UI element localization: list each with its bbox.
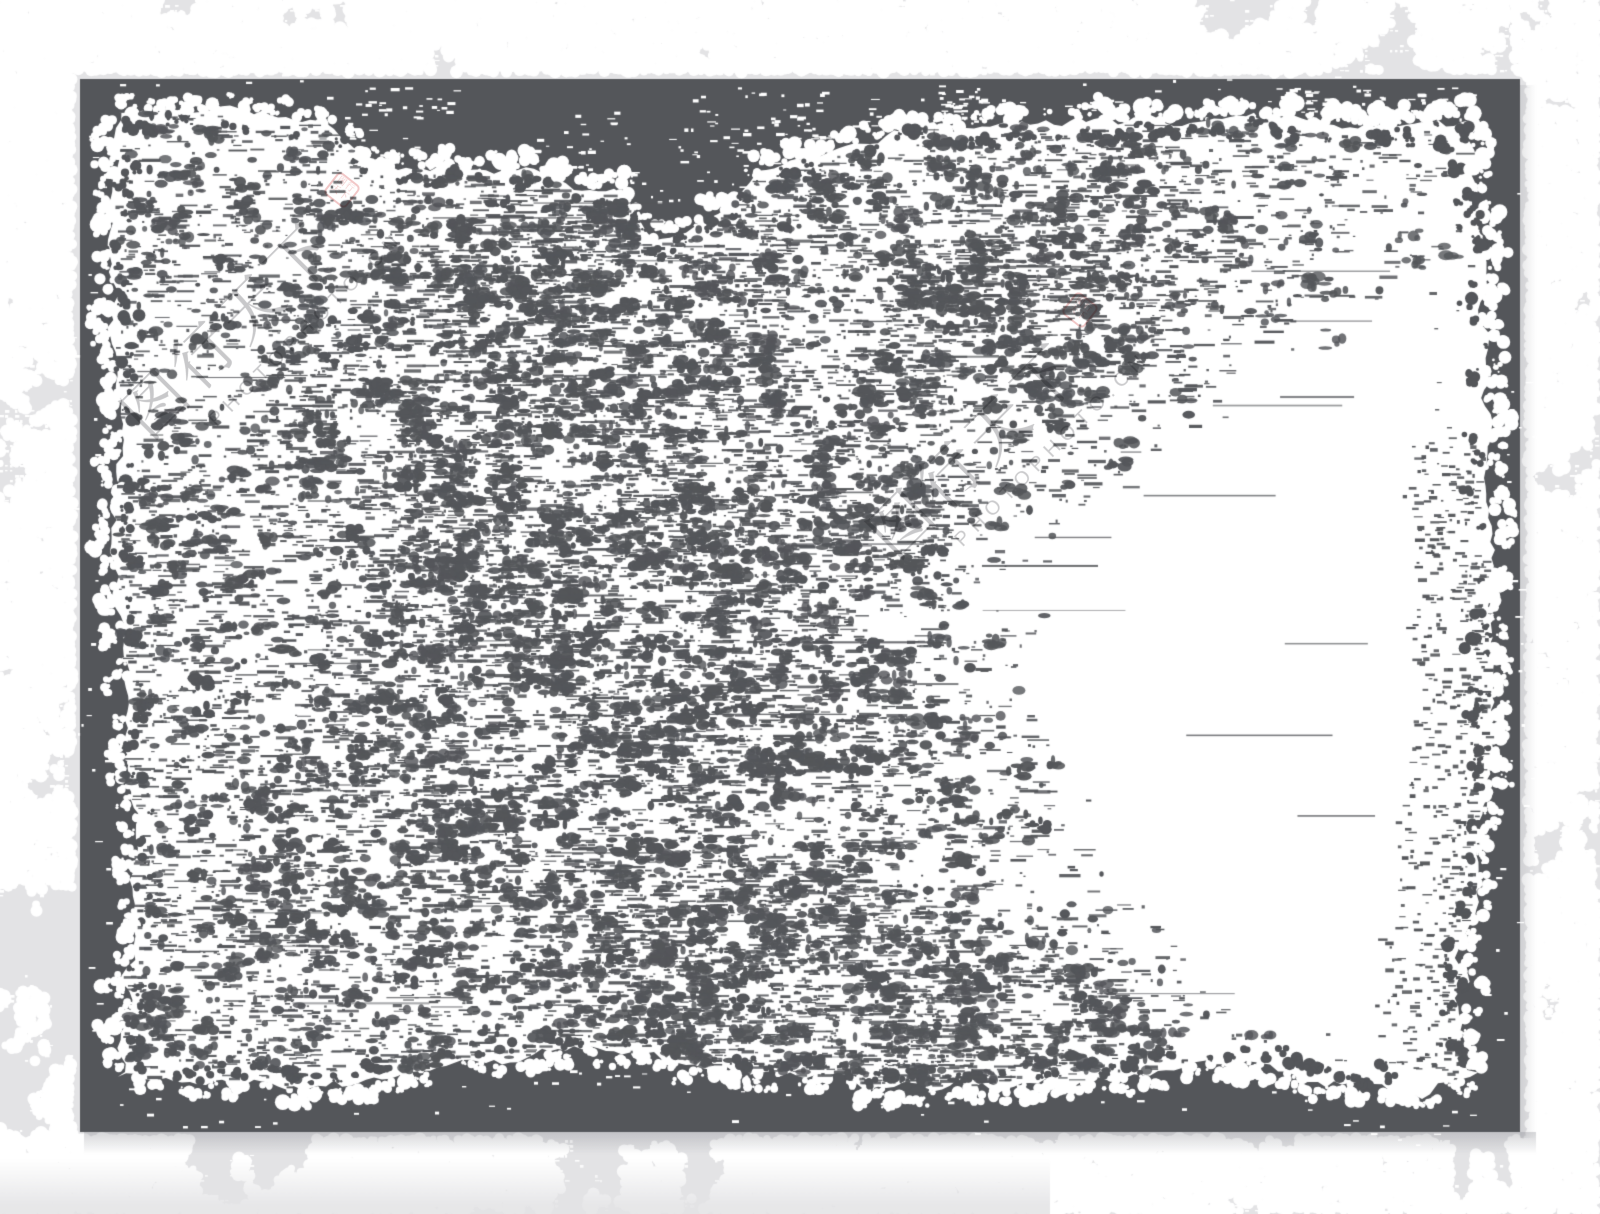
grunge-texture-canvas (0, 0, 1600, 1214)
stock-image-preview: 图行天下 PHOTOPHOTO.CN 图行天下 PHOTOPHOTO.CN 图行… (0, 0, 1600, 1214)
